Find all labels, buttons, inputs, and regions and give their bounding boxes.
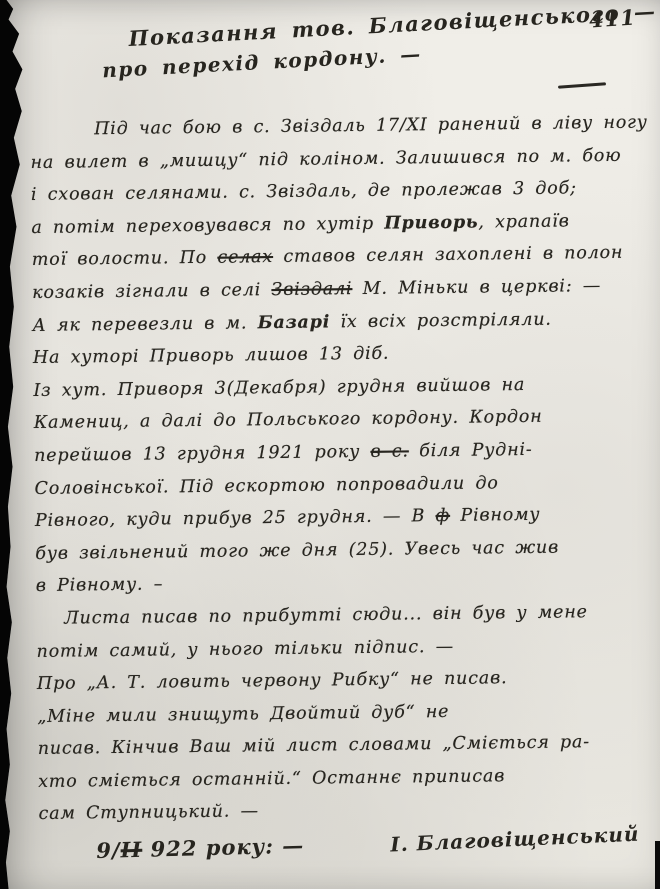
date-month-numeral: ІІ	[120, 837, 142, 863]
handwritten-text: писав. Кінчив Ваш мій лист словами „Сміє…	[38, 732, 590, 759]
handwritten-text: М. Міньки в церкві: —	[352, 276, 601, 299]
handwritten-text: А як перевезли в м.	[32, 313, 257, 336]
handwritten-text: Камениц, а далі до Польського кордону. К…	[34, 407, 543, 433]
handwritten-text: на вилет в „мишцу“ під коліном. Залишивс…	[30, 145, 621, 172]
paper-sheet: 411 Показання тов. Благовіщенського — пр…	[0, 0, 660, 889]
handwritten-text: Рівному	[450, 505, 540, 526]
handwritten-text: Приворь	[384, 212, 478, 233]
handwritten-text: Рівного, куди прибув 25 грудня. — В	[35, 506, 436, 531]
signature: І. Благовіщенський	[390, 822, 640, 857]
handwritten-text: На хуторі Приворь лишов 13 діб.	[33, 344, 390, 368]
handwritten-text: а потім переховувався по хутір	[31, 213, 384, 237]
handwritten-text: Під час бою в с. Звіздаль 17/ХІ ранений …	[94, 112, 648, 139]
handwritten-text: Соловінської. Під ескортою попровадили д…	[34, 473, 498, 499]
handwritten-text: біля Рудні-	[409, 440, 533, 462]
crossed-out-text: селах	[217, 247, 273, 268]
handwritten-text: і схован селянами. с. Звіздаль, де проле…	[31, 179, 577, 206]
date-year: 922 року: —	[142, 833, 305, 862]
handwritten-text: перейшов 13 грудня 1921 року	[34, 442, 371, 466]
date-day: 9/	[96, 837, 121, 863]
stray-ink-mark	[558, 82, 606, 88]
handwritten-text: козаків зігнали в селі	[32, 280, 272, 303]
document-scan: 411 Показання тов. Благовіщенського — пр…	[0, 0, 660, 889]
handwritten-text: в Рівному. –	[36, 575, 164, 597]
torn-edge-bottom-right	[655, 841, 660, 889]
handwritten-text: потім самий, у нього тільки підпис. —	[36, 636, 454, 661]
handwritten-text: Про „А. Т. ловить червону Рибку“ не писа…	[37, 668, 508, 694]
crossed-out-text: в с.	[370, 441, 409, 461]
handwritten-text: „Міне мили знищуть Двойтий дуб“ не	[37, 702, 449, 727]
date-line: 9/ІІ 922 року: —	[96, 833, 305, 863]
handwritten-text: був звільнений того же дня (25). Увесь ч…	[35, 537, 559, 563]
handwritten-text: хто сміється останній.“ Останнє приписав	[38, 766, 505, 792]
handwritten-text: ставов селян захоплені в полон	[273, 243, 623, 267]
crossed-out-text: Звіздалі	[271, 279, 352, 300]
handwritten-text: , храпаїв	[478, 211, 570, 232]
handwritten-body: Під час бою в с. Звіздаль 17/ХІ ранений …	[30, 106, 655, 831]
handwritten-text: їх всіх розстріляли.	[330, 309, 552, 332]
handwritten-text: тої волости. По	[32, 248, 218, 270]
handwritten-text: Листа писав по прибутті сюди... він був …	[64, 602, 588, 628]
handwritten-text: Базарі	[258, 312, 331, 333]
handwritten-text: сам Ступницький. —	[38, 802, 259, 825]
crossed-out-text: ф	[435, 506, 450, 526]
document-heading: Показання тов. Благовіщенського — про пе…	[128, 0, 659, 81]
handwritten-text: Із хут. Приворя 3(Декабря) грудня вийшов…	[33, 375, 525, 401]
footer-row: 9/ІІ 922 року: — І. Благовіщенський	[96, 824, 636, 863]
